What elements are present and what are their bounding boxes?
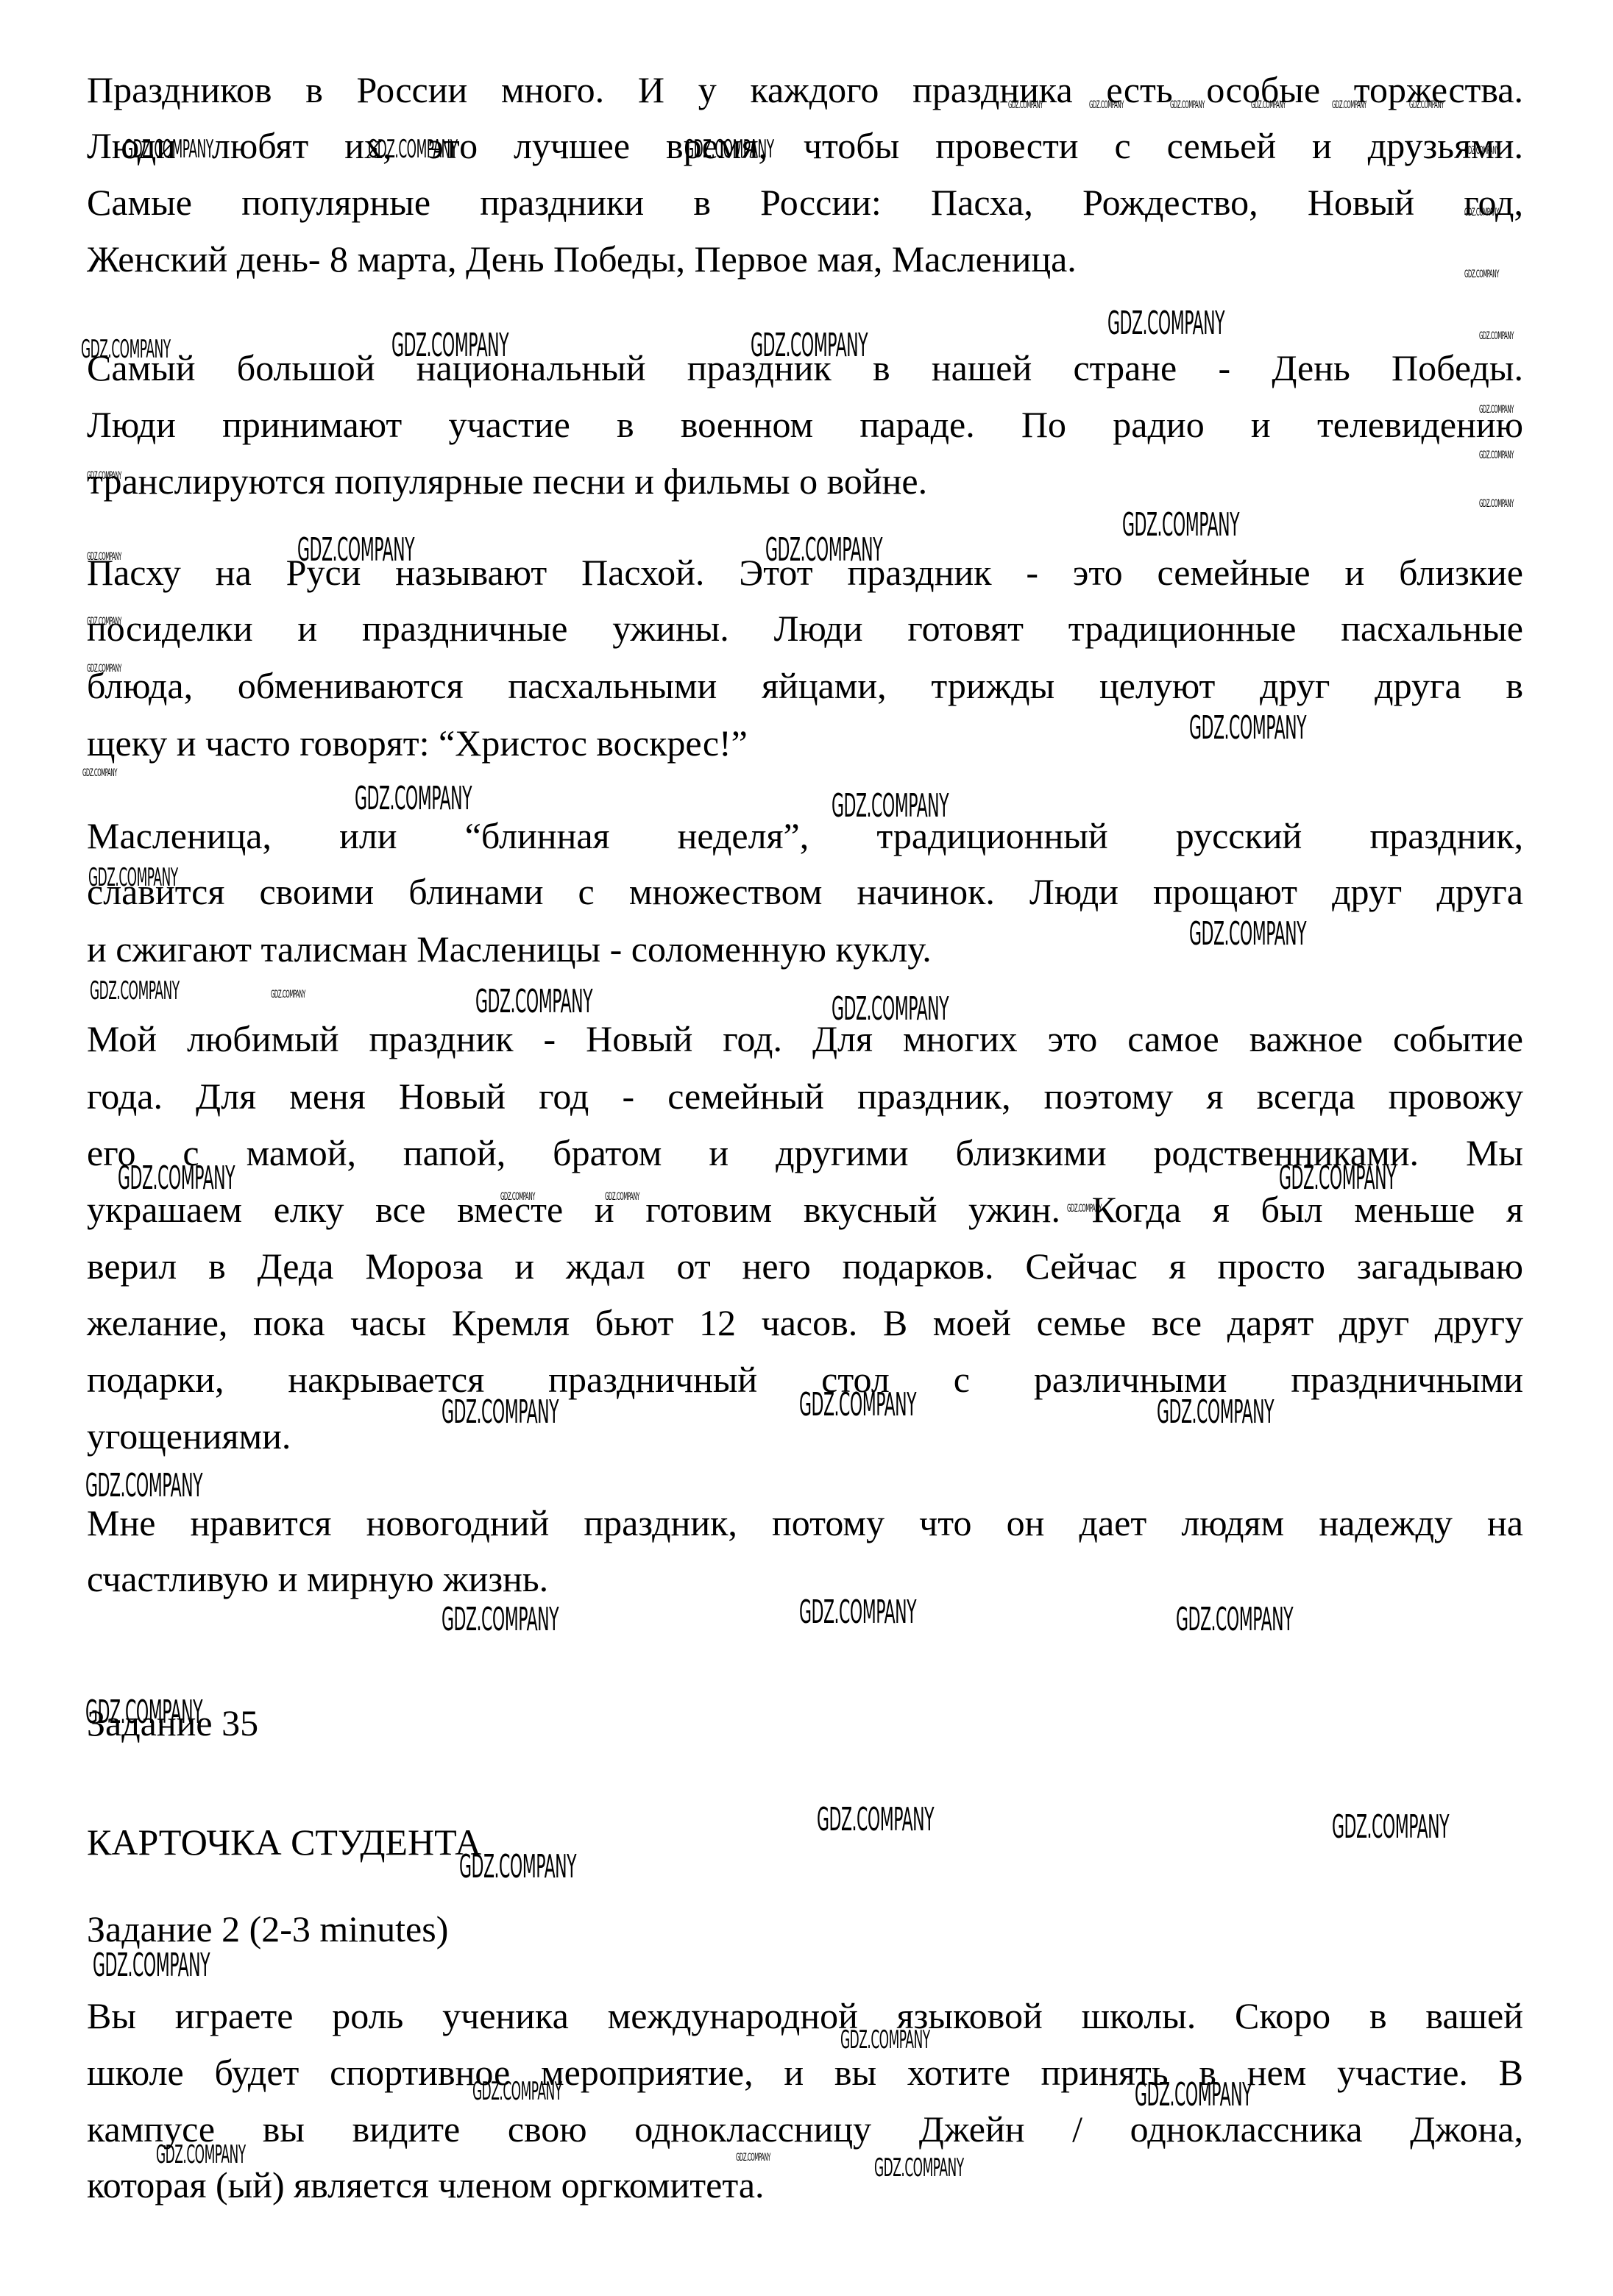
newyear-line-2: года. Для меня Новый год - семейный праз… xyxy=(87,1074,1523,1118)
watermark: GDZ.COMPANY xyxy=(368,137,458,162)
watermark: GDZ.COMPANY xyxy=(124,137,213,162)
maslenitsa-line-1: Масленица, или “блинная неделя”, традици… xyxy=(87,814,1523,858)
watermark: GDZ.COMPANY xyxy=(1464,146,1499,156)
watermark: GDZ.COMPANY xyxy=(832,790,949,822)
watermark: GDZ.COMPANY xyxy=(1176,1604,1293,1636)
victory-line-2: Люди принимают участие в военном параде.… xyxy=(87,402,1523,447)
maslenitsa-line-2: славится своими блинами с множеством нач… xyxy=(87,870,1523,914)
watermark: GDZ.COMPANY xyxy=(684,137,774,162)
intro-line-2: Люди любят их, это лучшее время, чтобы п… xyxy=(87,124,1523,168)
watermark: GDZ.COMPANY xyxy=(1464,269,1499,280)
watermark: GDZ.COMPANY xyxy=(1189,918,1306,950)
task-line-4: которая (ый) является членом оргкомитета… xyxy=(87,2163,1523,2207)
watermark: GDZ.COMPANY xyxy=(442,1396,559,1429)
watermark: GDZ.COMPANY xyxy=(832,993,949,1026)
watermark: GDZ.COMPANY xyxy=(1251,100,1286,110)
watermark: GDZ.COMPANY xyxy=(355,783,472,815)
watermark: GDZ.COMPANY xyxy=(500,1192,535,1202)
watermark: GDZ.COMPANY xyxy=(765,534,882,566)
maslenitsa-line-3: и сжигают талисман Масленицы - соломенну… xyxy=(87,927,1523,971)
watermark: GDZ.COMPANY xyxy=(87,471,121,481)
subtask-heading: Задание 2 (2-3 minutes) xyxy=(87,1907,1523,1951)
watermark: GDZ.COMPANY xyxy=(1332,100,1366,110)
watermark: GDZ.COMPANY xyxy=(88,865,178,890)
watermark: GDZ.COMPANY xyxy=(1409,100,1444,110)
watermark: GDZ.COMPANY xyxy=(271,989,305,1000)
intro-line-3: Самые популярные праздники в России: Пас… xyxy=(87,180,1523,224)
conclusion-line-1: Мне нравится новогодний праздник, потому… xyxy=(87,1501,1523,1545)
easter-line-4: щеку и часто говорят: “Христос воскрес!” xyxy=(87,721,1523,765)
watermark: GDZ.COMPANY xyxy=(751,330,868,362)
watermark: GDZ.COMPANY xyxy=(472,2079,562,2104)
watermark: GDZ.COMPANY xyxy=(85,1696,202,1729)
watermark: GDZ.COMPANY xyxy=(1479,331,1514,341)
newyear-line-1: Мой любимый праздник - Новый год. Для мн… xyxy=(87,1017,1523,1061)
easter-line-3: блюда, обмениваются пасхальными яйцами, … xyxy=(87,664,1523,708)
watermark: GDZ.COMPANY xyxy=(1170,100,1205,110)
watermark: GDZ.COMPANY xyxy=(90,978,180,1003)
easter-line-2: посиделки и праздничные ужины. Люди гото… xyxy=(87,606,1523,650)
watermark: GDZ.COMPANY xyxy=(442,1604,559,1636)
watermark: GDZ.COMPANY xyxy=(840,2027,930,2052)
watermark: GDZ.COMPANY xyxy=(1107,308,1224,340)
card-title: КАРТОЧКА СТУДЕНТА xyxy=(87,1820,1523,1864)
watermark: GDZ.COMPANY xyxy=(1122,509,1239,541)
watermark: GDZ.COMPANY xyxy=(475,986,592,1018)
watermark: GDZ.COMPANY xyxy=(118,1162,235,1195)
task-heading: Задание 35 xyxy=(87,1701,1523,1745)
watermark: GDZ.COMPANY xyxy=(93,1950,210,1982)
watermark: GDZ.COMPANY xyxy=(1157,1396,1274,1429)
watermark: GDZ.COMPANY xyxy=(82,768,117,778)
watermark: GDZ.COMPANY xyxy=(459,1851,576,1883)
newyear-line-6: желание, пока часы Кремля бьют 12 часов.… xyxy=(87,1301,1523,1345)
watermark: GDZ.COMPANY xyxy=(1479,450,1514,461)
task-line-1: Вы играете роль ученика международной яз… xyxy=(87,1994,1523,2038)
watermark: GDZ.COMPANY xyxy=(297,534,414,566)
watermark: GDZ.COMPANY xyxy=(799,1596,916,1629)
watermark: GDZ.COMPANY xyxy=(1008,100,1043,110)
intro-line-4: Женский день- 8 марта, День Победы, Перв… xyxy=(87,237,1523,281)
watermark: GDZ.COMPANY xyxy=(1479,499,1514,509)
watermark: GDZ.COMPANY xyxy=(81,337,171,362)
watermark: GDZ.COMPANY xyxy=(874,2155,964,2181)
task-line-2: школе будет спортивное мероприятие, и вы… xyxy=(87,2050,1523,2094)
watermark: GDZ.COMPANY xyxy=(736,2153,770,2163)
document-page: Праздников в России много. И у каждого п… xyxy=(0,0,1613,2296)
watermark: GDZ.COMPANY xyxy=(1332,1811,1449,1844)
watermark: GDZ.COMPANY xyxy=(87,616,121,627)
watermark: GDZ.COMPANY xyxy=(1135,2079,1252,2111)
newyear-line-5: верил в Деда Мороза и ждал от него подар… xyxy=(87,1244,1523,1288)
intro-line-1: Праздников в России много. И у каждого п… xyxy=(87,68,1523,112)
watermark: GDZ.COMPANY xyxy=(1279,1162,1396,1195)
watermark: GDZ.COMPANY xyxy=(391,330,508,362)
watermark: GDZ.COMPANY xyxy=(817,1804,934,1836)
watermark: GDZ.COMPANY xyxy=(1464,207,1499,218)
watermark: GDZ.COMPANY xyxy=(1189,712,1306,744)
watermark: GDZ.COMPANY xyxy=(1067,1204,1102,1214)
watermark: GDZ.COMPANY xyxy=(1479,405,1514,415)
watermark: GDZ.COMPANY xyxy=(87,664,121,674)
watermark: GDZ.COMPANY xyxy=(605,1192,639,1202)
victory-line-3: транслируются популярные песни и фильмы … xyxy=(87,459,1523,503)
watermark: GDZ.COMPANY xyxy=(156,2142,246,2167)
watermark: GDZ.COMPANY xyxy=(87,552,121,562)
watermark: GDZ.COMPANY xyxy=(85,1470,202,1502)
task-line-3: кампусе вы видите свою одноклассницу Дже… xyxy=(87,2107,1523,2151)
watermark: GDZ.COMPANY xyxy=(799,1389,916,1421)
watermark: GDZ.COMPANY xyxy=(1089,100,1124,110)
